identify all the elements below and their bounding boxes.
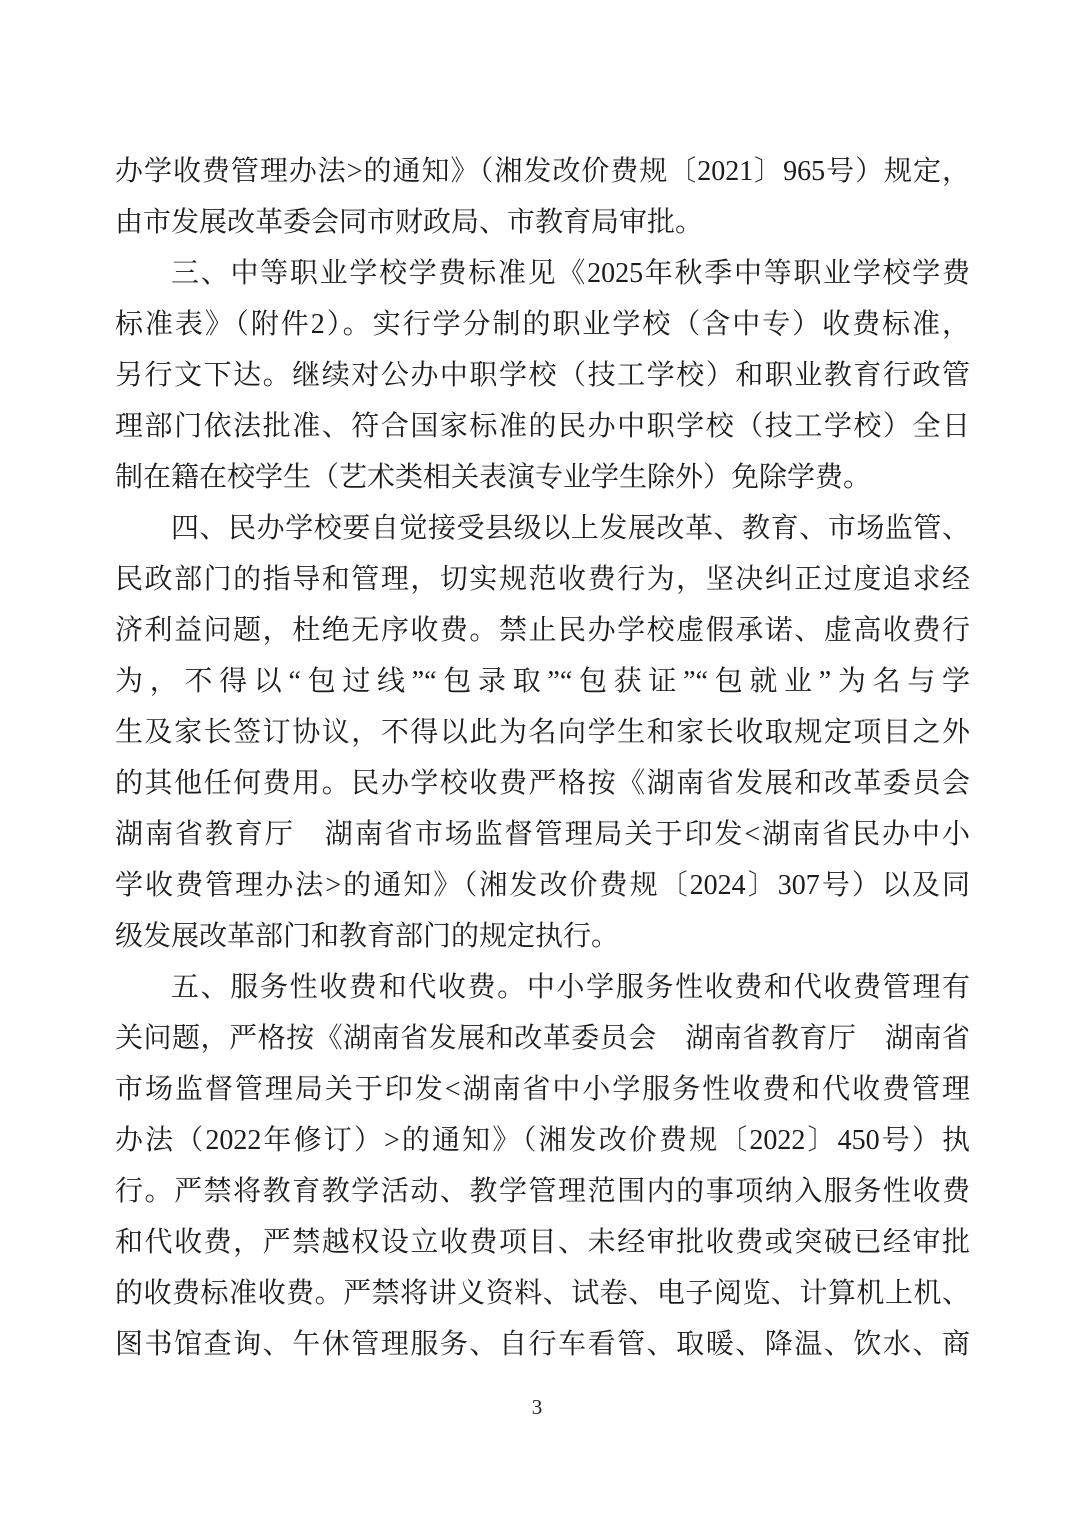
text-line: 五、服务性收费和代收费。中小学服务性收费和代收费管理有 <box>115 962 970 1013</box>
text-line: 制在籍在校学生（艺术类相关表演专业学生除外）免除学费。 <box>115 452 970 503</box>
text-line: 标准表》（附件2）。实行学分制的职业学校（含中专）收费标准， <box>115 299 970 350</box>
text-line: 和代收费，严禁越权设立收费项目、未经审批收费或突破已经审批 <box>115 1217 970 1268</box>
text-line: 生及家长签订协议，不得以此为名向学生和家长收取规定项目之外 <box>115 707 970 758</box>
text-line: 湖南省教育厅 湖南省市场监督管理局关于印发<湖南省民办中小 <box>115 809 970 860</box>
document-body: 办学收费管理办法>的通知》（湘发改价费规〔2021〕965号）规定， 由市发展改… <box>115 146 970 1370</box>
text-line: 由市发展改革委会同市财政局、市教育局审批。 <box>115 197 970 248</box>
text-line: 三、中等职业学校学费标准见《2025年秋季中等职业学校学费 <box>115 248 970 299</box>
text-line: 办法（2022年修订）>的通知》（湘发改价费规〔2022〕450号）执 <box>115 1115 970 1166</box>
document-page: 办学收费管理办法>的通知》（湘发改价费规〔2021〕965号）规定， 由市发展改… <box>0 0 1074 1520</box>
text-line: 市场监督管理局关于印发<湖南省中小学服务性收费和代收费管理 <box>115 1064 970 1115</box>
text-line: 学收费管理办法>的通知》（湘发改价费规〔2024〕307号）以及同 <box>115 860 970 911</box>
text-line: 理部门依法批准、符合国家标准的民办中职学校（技工学校）全日 <box>115 401 970 452</box>
text-line: 行。严禁将教育教学活动、教学管理范围内的事项纳入服务性收费 <box>115 1166 970 1217</box>
text-line: 民政部门的指导和管理，切实规范收费行为，坚决纠正过度追求经 <box>115 554 970 605</box>
text-line: 关问题，严格按《湖南省发展和改革委员会 湖南省教育厅 湖南省 <box>115 1013 970 1064</box>
text-line: 级发展改革部门和教育部门的规定执行。 <box>115 911 970 962</box>
text-line: 图书馆查询、午休管理服务、自行车看管、取暖、降温、饮水、商 <box>115 1319 970 1370</box>
text-line: 的收费标准收费。严禁将讲义资料、试卷、电子阅览、计算机上机、 <box>115 1268 970 1319</box>
text-line: 另行文下达。继续对公办中职学校（技工学校）和职业教育行政管 <box>115 350 970 401</box>
text-line: 的其他任何费用。民办学校收费严格按《湖南省发展和改革委员会 <box>115 758 970 809</box>
text-line: 办学收费管理办法>的通知》（湘发改价费规〔2021〕965号）规定， <box>115 146 970 197</box>
text-line: 为，不得以“包过线”“包录取”“包获证”“包就业”为名与学 <box>115 656 970 707</box>
text-line: 济利益问题，杜绝无序收费。禁止民办学校虚假承诺、虚高收费行 <box>115 605 970 656</box>
text-line: 四、民办学校要自觉接受县级以上发展改革、教育、市场监管、 <box>115 503 970 554</box>
page-number: 3 <box>0 1392 1074 1422</box>
